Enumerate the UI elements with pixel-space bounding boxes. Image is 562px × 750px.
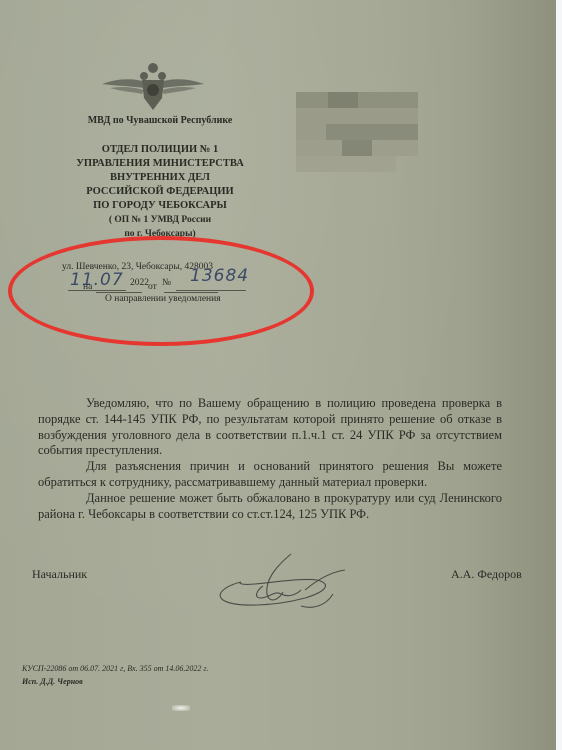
ministry-name: МВД по Чувашской Республике [40,114,280,128]
executor-name: Исп. Д.Д. Чернов [22,677,83,686]
signatory-name: А.А. Федоров [451,567,522,582]
department-line: УПРАВЛЕНИЯ МИНИСТЕРСТВА [40,157,280,171]
department-line: РОССИЙСКОЙ ФЕДЕРАЦИИ [40,185,280,199]
letter-body: Уведомляю, что по Вашему обращению в пол… [38,396,502,522]
department-line: ВНУТРЕННИХ ДЕЛ [40,171,280,185]
light-glare [172,705,190,711]
department-block: ОТДЕЛ ПОЛИЦИИ № 1 УПРАВЛЕНИЯ МИНИСТЕРСТВ… [40,143,280,241]
redacted-recipient-block [296,92,418,190]
document-photo: МВД по Чувашской Республике ОТДЕЛ ПОЛИЦИ… [0,0,556,750]
body-paragraph: Данное решение может быть обжаловано в п… [38,491,502,523]
department-line: ПО ГОРОДУ ЧЕБОКСАРЫ [40,199,280,213]
department-line: ОТДЕЛ ПОЛИЦИИ № 1 [40,143,280,157]
handwritten-signature-icon [205,550,355,618]
signatory-role: Начальник [32,567,87,582]
registry-reference: КУСП-22086 от 06.07. 2021 г, Вх. 355 от … [22,664,208,673]
red-annotation-ellipse [8,236,314,346]
body-paragraph: Уведомляю, что по Вашему обращению в пол… [38,396,502,459]
body-paragraph: Для разъяснения причин и оснований приня… [38,459,502,491]
mvd-emblem-icon [98,58,208,114]
department-line: ( ОП № 1 УМВД России [40,213,280,227]
